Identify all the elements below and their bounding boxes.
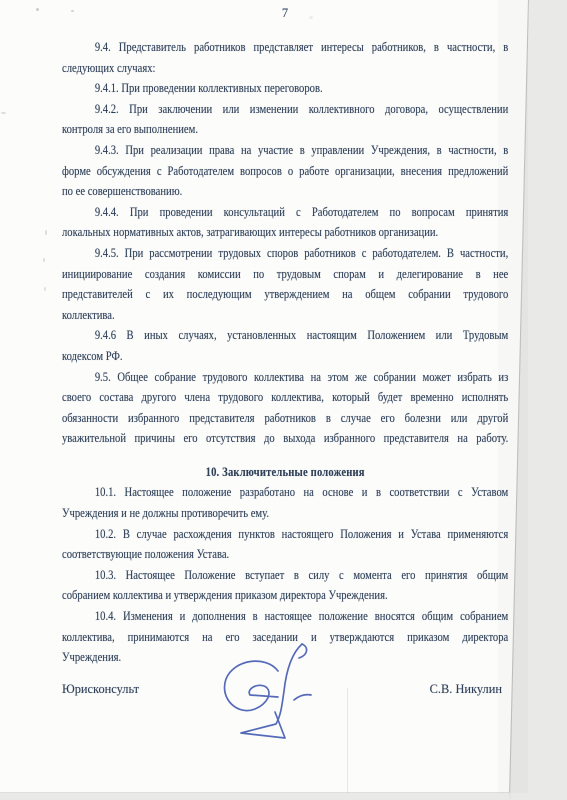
signoff-name: С.В. Никулин <box>430 682 502 697</box>
signoff-role: Юрисконсульт <box>62 682 139 697</box>
paragraph-line: инициирование создания комиссии по трудо… <box>62 264 508 285</box>
scan-speck <box>36 8 39 11</box>
scan-speck <box>43 258 45 262</box>
scan-speck <box>309 16 313 19</box>
scan-speck <box>45 230 47 235</box>
paragraph-line: соответствующие положения Устава. <box>62 544 508 565</box>
paragraph-line: кодексом РФ. <box>62 346 508 367</box>
paragraph-line: 10.2. В случае расхождения пунктов насто… <box>62 524 508 545</box>
paragraph-line: форме обсуждения с Работодателем вопросо… <box>62 161 508 182</box>
paragraph-line: 9.4.1. При проведении коллективных перег… <box>62 78 508 99</box>
paragraph-line: собранием коллектива и утверждения прика… <box>62 585 508 606</box>
paragraph-line: 9.4.3. При реализации права на участие в… <box>62 140 508 161</box>
paragraph-line: 9.5. Общее собрание трудового коллектива… <box>62 367 508 388</box>
page-number: 7 <box>62 6 508 21</box>
paragraph-line: 9.4.2. При заключении или изменении колл… <box>62 99 508 120</box>
paragraph-line: представителей с их последующим утвержде… <box>62 284 508 305</box>
document-page: 7 9.4. Представитель работников представ… <box>0 0 567 800</box>
paper-fold-line <box>347 688 348 793</box>
paragraph-line: уважительной причины его отсутствия до в… <box>62 428 508 449</box>
paragraph-line: по ее совершенствованию. <box>62 181 508 202</box>
scan-speck <box>1 112 6 114</box>
paragraph-line: обязанности избранного представителя раб… <box>62 408 508 429</box>
paragraph-line: своего состава другого члена трудового к… <box>62 387 508 408</box>
paragraph-line: 10.1. Настоящее положение разработано на… <box>62 482 508 503</box>
section-heading: 10. Заключительные положения <box>62 462 508 483</box>
paragraph-line: коллектива. <box>62 305 508 326</box>
paragraph-line: контроля за его выполнением. <box>62 119 508 140</box>
signature-icon <box>196 641 331 761</box>
paragraph-line: 10.3. Настоящее Положение вступает в сил… <box>62 565 508 586</box>
paragraph-line: следующих случаях: <box>62 58 508 79</box>
paragraph-line: Учреждения и не должны противоречить ему… <box>62 503 508 524</box>
scan-speck <box>71 10 74 12</box>
paragraph-line: 9.4. Представитель работников представля… <box>62 37 508 58</box>
paragraph-line: 10.4. Изменения и дополнения в настоящее… <box>62 606 508 627</box>
paragraph-line: 9.4.5. При рассмотрении трудовых споров … <box>62 243 508 264</box>
paragraph-line: локальных нормативных актов, затрагивающ… <box>62 222 508 243</box>
text-column: 9.4. Представитель работников представля… <box>62 37 508 668</box>
scan-speck <box>44 287 46 291</box>
paragraph-line: 9.4.4. При проведении консультаций с Раб… <box>62 202 508 223</box>
paragraph-line: 9.4.6 В иных случаях, установленных наст… <box>62 325 508 346</box>
